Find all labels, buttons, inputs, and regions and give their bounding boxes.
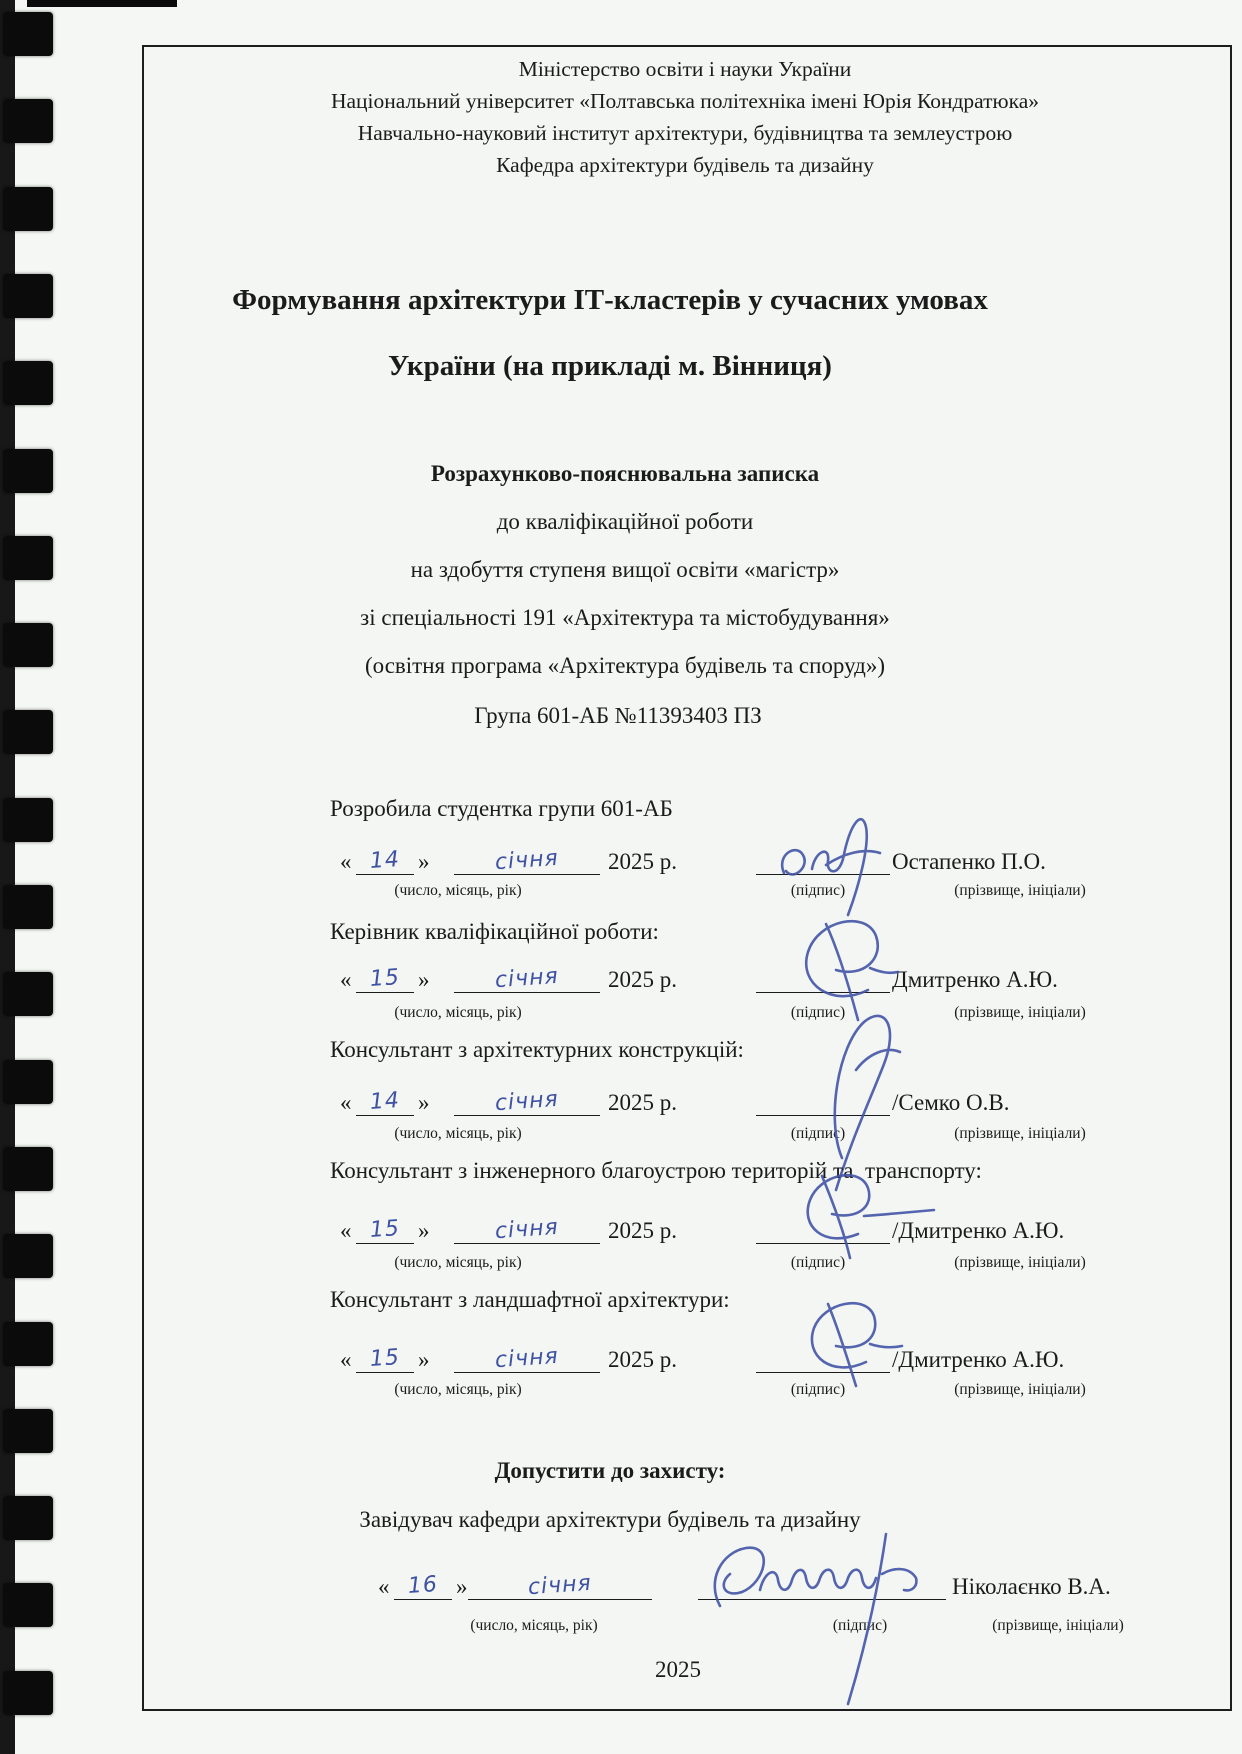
date-row-consultant-constructions: « 14 » січня 2025 р. /Семко О.В. xyxy=(340,1080,1130,1116)
ministry-line: Міністерство освіти і науки України xyxy=(170,53,1200,85)
handwritten-day: 15 xyxy=(369,1216,401,1243)
year-label: 2025 р. xyxy=(608,1347,677,1373)
caption-date: (число, місяць, рік) xyxy=(370,1125,546,1143)
date-row-consultant-transport: « 15 » січня 2025 р. /Дмитренко А.Ю. xyxy=(340,1208,1130,1244)
caption-date: (число, місяць, рік) xyxy=(370,1381,546,1399)
note-type-line: Розрахунково-пояснювальна записка xyxy=(150,450,1100,498)
comb-tooth xyxy=(3,1322,53,1366)
group-line: Група 601-АБ №11393403 ПЗ xyxy=(150,703,1086,729)
handwritten-month: січня xyxy=(494,1087,559,1116)
quote-open: « xyxy=(340,849,352,875)
handwritten-day: 15 xyxy=(369,965,401,992)
caption-date: (число, місяць, рік) xyxy=(370,882,546,900)
comb-tooth xyxy=(3,1496,53,1540)
comb-tooth xyxy=(3,1671,53,1715)
work-type-line: до кваліфікаційної роботи xyxy=(150,498,1100,546)
comb-tooth xyxy=(3,1234,53,1278)
speciality-line: зі спеціальності 191 «Архітектура та міс… xyxy=(150,594,1100,642)
approval-heading: Допустити до захисту: xyxy=(150,1458,1070,1484)
comb-tooth xyxy=(3,187,53,231)
comb-tooth xyxy=(3,885,53,929)
quote-close: » xyxy=(456,1574,468,1600)
year-label: 2025 р. xyxy=(608,1090,677,1116)
quote-open: « xyxy=(340,1218,352,1244)
quote-close: » xyxy=(418,967,430,993)
handwritten-day: 15 xyxy=(369,1345,401,1372)
handwritten-month: січня xyxy=(494,1344,559,1373)
role-supervisor: Керівник кваліфікаційної роботи: xyxy=(330,919,659,945)
quote-close: » xyxy=(418,1090,430,1116)
department-line: Кафедра архітектури будівель та дизайну xyxy=(170,149,1200,181)
comb-tooth xyxy=(3,1060,53,1104)
caption-date: (число, місяць, рік) xyxy=(370,1004,546,1022)
handwritten-month: січня xyxy=(494,846,559,875)
role-consultant-constructions: Консультант з архітектурних конструкцій: xyxy=(330,1037,744,1063)
date-row-student: « 14 » січня 2025 р. Остапенко П.О. xyxy=(340,839,1130,875)
thesis-title-line1: Формування архітектури ІТ-кластерів у су… xyxy=(150,267,1070,333)
comb-tooth xyxy=(3,623,53,667)
signature-nikolaenko xyxy=(690,1528,980,1718)
handwritten-month: січня xyxy=(494,1215,559,1244)
quote-close: » xyxy=(418,1218,430,1244)
caption-name: (прізвище, ініціали) xyxy=(968,1617,1148,1635)
caption-date: (число, місяць, рік) xyxy=(370,1254,546,1272)
date-row-consultant-landscape: « 15 » січня 2025 р. /Дмитренко А.Ю. xyxy=(340,1337,1130,1373)
scan-edge-artifact xyxy=(27,0,177,7)
quote-open: « xyxy=(340,967,352,993)
page-header: Міністерство освіти і науки України Наці… xyxy=(170,53,1200,181)
caption-date: (число, місяць, рік) xyxy=(446,1617,622,1635)
comb-tooth xyxy=(3,361,53,405)
comb-tooth xyxy=(3,972,53,1016)
comb-tooth xyxy=(3,99,53,143)
caption-name: (прізвище, ініціали) xyxy=(930,1125,1110,1143)
subtitle-block: Розрахунково-пояснювальна записка до ква… xyxy=(150,450,1100,690)
caption-name: (прізвище, ініціали) xyxy=(930,1381,1110,1399)
handwritten-day: 14 xyxy=(369,847,401,874)
year-label: 2025 р. xyxy=(608,967,677,993)
signature-dmytrenko-2 xyxy=(766,1148,946,1278)
handwritten-day: 14 xyxy=(369,1088,401,1115)
comb-tooth xyxy=(3,1583,53,1627)
year-label: 2025 р. xyxy=(608,1218,677,1244)
quote-open: « xyxy=(340,1090,352,1116)
thesis-title-line2: України (на прикладі м. Вінниця) xyxy=(150,333,1070,399)
caption-name: (прізвище, ініціали) xyxy=(930,1004,1110,1022)
comb-tooth xyxy=(3,1147,53,1191)
date-row-supervisor: « 15 » січня 2025 р. Дмитренко А.Ю. xyxy=(340,957,1130,993)
comb-tooth xyxy=(3,449,53,493)
binding-comb-spine xyxy=(0,0,15,1754)
thesis-title: Формування архітектури ІТ-кластерів у су… xyxy=(150,267,1070,399)
role-consultant-landscape: Консультант з ландшафтної архітектури: xyxy=(330,1287,730,1313)
comb-tooth xyxy=(3,710,53,754)
comb-tooth xyxy=(3,798,53,842)
comb-tooth xyxy=(3,12,53,56)
handwritten-month: січня xyxy=(494,964,559,993)
signature-dmytrenko-3 xyxy=(770,1278,920,1398)
handwritten-month: січня xyxy=(527,1571,592,1600)
caption-name: (прізвище, ініціали) xyxy=(930,882,1110,900)
university-line: Національний університет «Полтавська пол… xyxy=(170,85,1200,117)
footer-year: 2025 xyxy=(150,1657,1206,1683)
institute-line: Навчально-науковий інститут архітектури,… xyxy=(170,117,1200,149)
quote-close: » xyxy=(418,849,430,875)
quote-open: « xyxy=(340,1347,352,1373)
comb-tooth xyxy=(3,274,53,318)
degree-line: на здобуття ступеня вищої освіти «магіст… xyxy=(150,546,1100,594)
caption-name: (прізвище, ініціали) xyxy=(930,1254,1110,1272)
handwritten-day: 16 xyxy=(407,1572,439,1599)
quote-close: » xyxy=(418,1347,430,1373)
person-name: Остапенко П.О. xyxy=(892,849,1046,875)
program-line: (освітня програма «Архітектура будівель … xyxy=(150,642,1100,690)
quote-open: « xyxy=(378,1574,390,1600)
role-student: Розробила студентка групи 601-АБ xyxy=(330,796,673,822)
comb-tooth xyxy=(3,1409,53,1453)
comb-tooth xyxy=(3,536,53,580)
year-label: 2025 р. xyxy=(608,849,677,875)
